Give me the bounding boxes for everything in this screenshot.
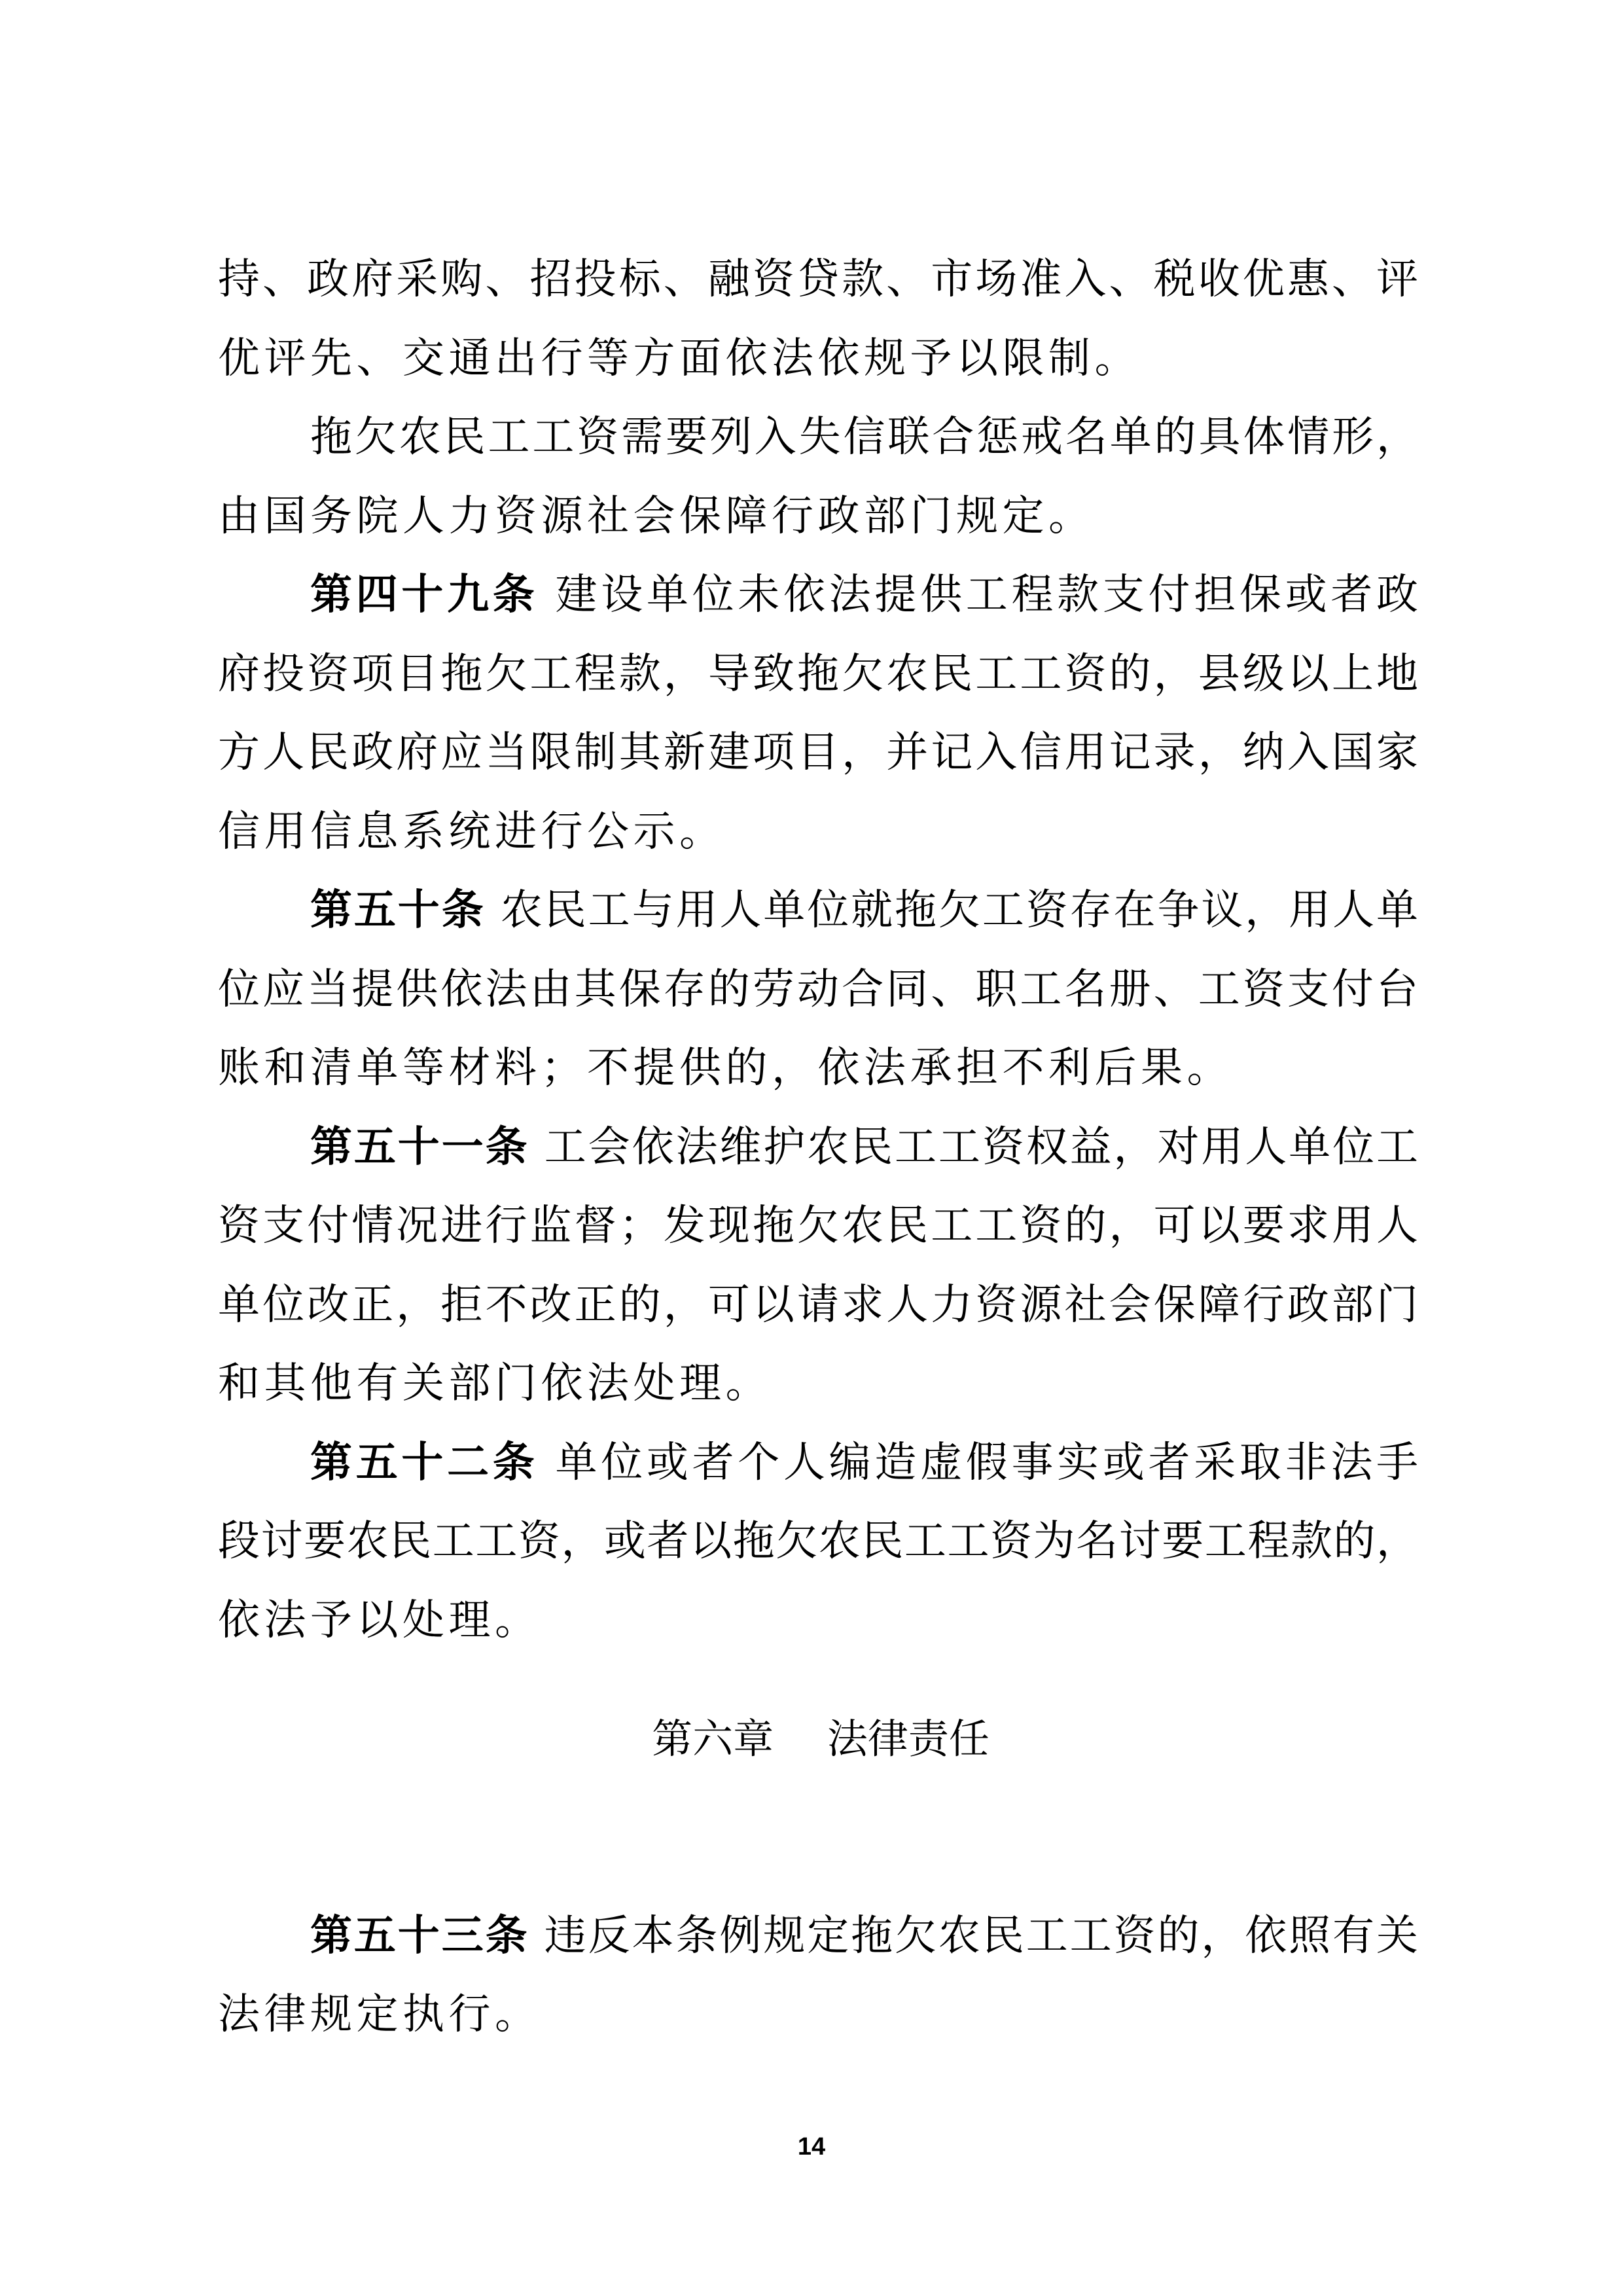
- article-title: 第五十一条: [310, 1123, 529, 1172]
- article-53-first-line: 第五十三条 违反本条例规定拖欠农民工工资的，依照有关: [218, 1897, 1418, 1976]
- paragraph-line: 账和清单等材料；不提供的，依法承担不利后果。: [218, 1029, 1418, 1108]
- article-49-first-line: 第四十九条 建设单位未依法提供工程款支付担保或者政: [218, 556, 1418, 635]
- chapter-number: 第六章: [652, 1715, 774, 1763]
- paragraph-line: 位应当提供依法由其保存的劳动合同、职工名册、工资支付台: [218, 950, 1418, 1030]
- article-title: 第五十条: [310, 886, 486, 935]
- article-body: 建设单位未依法提供工程款支付担保或者政: [538, 571, 1418, 619]
- chapter-heading: 第六章 法律责任: [218, 1660, 1418, 1818]
- paragraph-line: 优评先、交通出行等方面依法依规予以限制。: [218, 319, 1418, 399]
- document-body: 持、政府采购、招投标、融资贷款、市场准入、税收优惠、评 优评先、交通出行等方面依…: [218, 240, 1418, 2054]
- chapter-gap: [774, 1715, 827, 1763]
- paragraph-line: 和其他有关部门依法处理。: [218, 1344, 1418, 1424]
- paragraph-line: 拖欠农民工工资需要列入失信联合惩戒名单的具体情形，: [218, 398, 1418, 477]
- paragraph-line: 方人民政府应当限制其新建项目，并记入信用记录，纳入国家: [218, 713, 1418, 793]
- article-50-first-line: 第五十条 农民工与用人单位就拖欠工资存在争议，用人单: [218, 871, 1418, 950]
- article-title: 第五十三条: [310, 1912, 529, 1960]
- paragraph-line: 单位改正，拒不改正的，可以请求人力资源社会保障行政部门: [218, 1266, 1418, 1345]
- paragraph-line: 信用信息系统进行公示。: [218, 793, 1418, 872]
- page-number: 14: [0, 2130, 1623, 2164]
- article-51-first-line: 第五十一条 工会依法维护农民工工资权益，对用人单位工: [218, 1108, 1418, 1187]
- article-52-first-line: 第五十二条 单位或者个人编造虚假事实或者采取非法手: [218, 1424, 1418, 1503]
- article-body: 违反本条例规定拖欠农民工工资的，依照有关: [529, 1912, 1418, 1960]
- chapter-title: 法律责任: [827, 1715, 990, 1763]
- paragraph-line: 依法予以处理。: [218, 1581, 1418, 1660]
- paragraph-line: 法律规定执行。: [218, 1975, 1418, 2054]
- paragraph-line: 府投资项目拖欠工程款，导致拖欠农民工工资的，县级以上地: [218, 635, 1418, 714]
- blank-line: [218, 1818, 1418, 1897]
- paragraph-line: 由国务院人力资源社会保障行政部门规定。: [218, 477, 1418, 556]
- paragraph-line: 段讨要农民工工资，或者以拖欠农民工工资为名讨要工程款的，: [218, 1502, 1418, 1581]
- paragraph-line: 持、政府采购、招投标、融资贷款、市场准入、税收优惠、评: [218, 240, 1418, 319]
- article-title: 第四十九条: [310, 571, 538, 619]
- article-body: 农民工与用人单位就拖欠工资存在争议，用人单: [486, 886, 1418, 935]
- paragraph-line: 资支付情况进行监督；发现拖欠农民工工资的，可以要求用人: [218, 1187, 1418, 1266]
- article-title: 第五十二条: [310, 1439, 538, 1487]
- article-body: 单位或者个人编造虚假事实或者采取非法手: [538, 1439, 1418, 1487]
- article-body: 工会依法维护农民工工资权益，对用人单位工: [529, 1123, 1418, 1172]
- document-page: 持、政府采购、招投标、融资贷款、市场准入、税收优惠、评 优评先、交通出行等方面依…: [0, 0, 1623, 2296]
